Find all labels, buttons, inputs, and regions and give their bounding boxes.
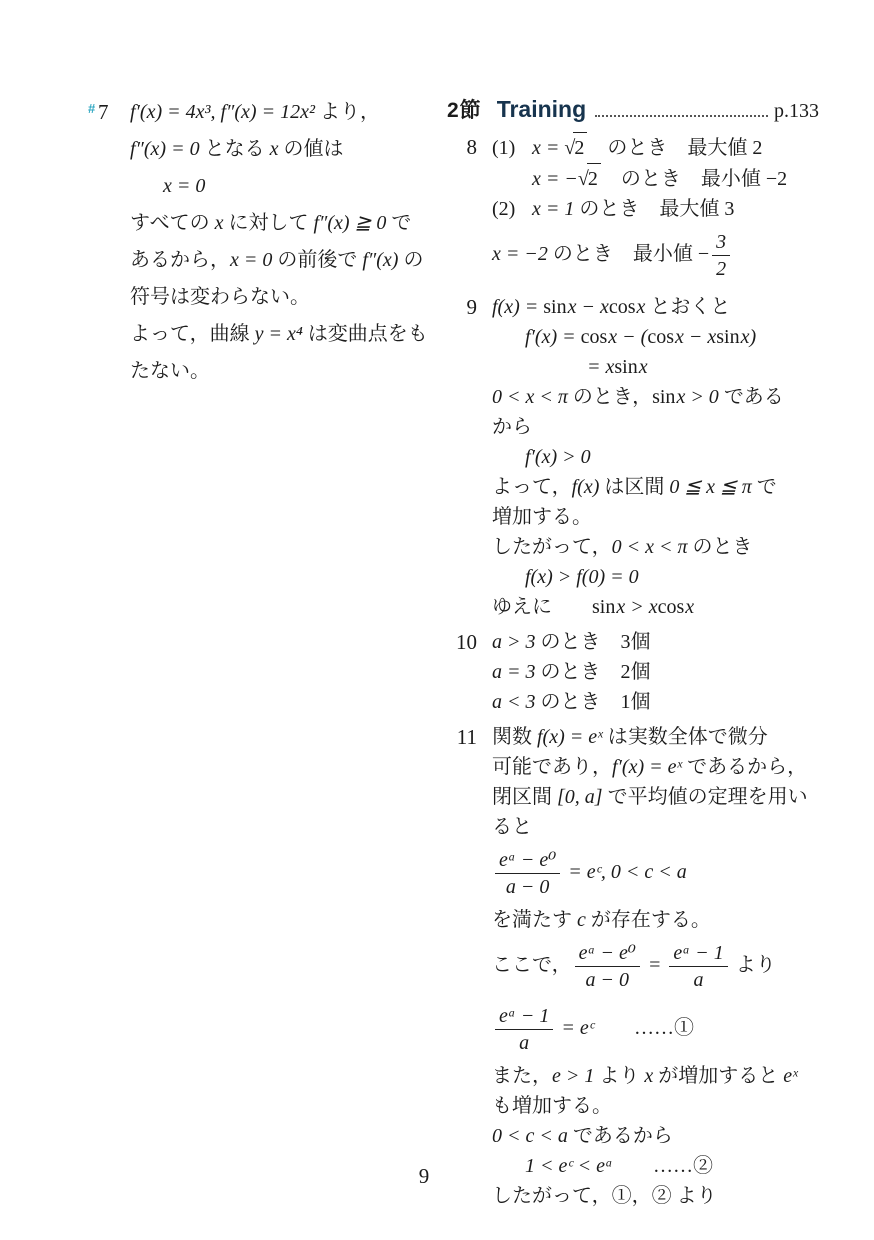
math-run: a < 3 xyxy=(492,691,536,713)
math-run: f(x) > f(0) = 0 xyxy=(525,566,639,588)
fraction-denominator: a − 0 xyxy=(575,967,640,992)
radicand: 2 xyxy=(573,132,587,163)
item-label: (2) xyxy=(492,194,532,224)
text-run: よって， xyxy=(492,476,572,498)
hash-marker-icon: # xyxy=(88,90,95,127)
solution-line: f′(x) > 0 xyxy=(492,442,819,472)
fraction-numerator: eᵃ − 1 xyxy=(669,941,727,967)
problem-body: f′(x) = 4x³, f″(x) = 12x² より，f″(x) = 0 と… xyxy=(130,94,440,390)
text-run: のとき 最大値 2 xyxy=(587,137,762,159)
solution-line: 増加する。 xyxy=(492,502,819,532)
math-run: x = 0 xyxy=(163,175,205,197)
fraction-numerator: eᵃ − e⁰ xyxy=(575,941,640,967)
section-label: 2節 xyxy=(447,94,482,124)
fraction-denominator: a xyxy=(495,1030,553,1055)
text-run: 符号は変わらない。 xyxy=(130,286,310,308)
problem-8: 8 (1)x = √2 のとき 最大値 2x = −√2 のとき 最小値 −2(… xyxy=(447,132,819,287)
problem-7: # 7 f′(x) = 4x³, f″(x) = 12x² より，f″(x) =… xyxy=(88,94,440,390)
left-column: # 7 f′(x) = 4x³, f″(x) = 12x² より，f″(x) =… xyxy=(88,94,440,395)
math-run: = xyxy=(643,954,667,976)
problem-body: 関数 f(x) = eˣ は実数全体で微分可能であり，f′(x) = eˣ であ… xyxy=(492,722,819,1211)
problem-9: 9 f(x) = sinx − xcosx とおくとf′(x) = cosx −… xyxy=(447,292,819,622)
math-run: cos xyxy=(647,326,675,348)
text-run: また， xyxy=(492,1065,552,1087)
fraction: eᵃ − e⁰a − 0 xyxy=(575,941,640,992)
text-run: のとき， xyxy=(568,386,652,408)
text-run: であるから xyxy=(568,1125,673,1147)
math-run: a = 3 xyxy=(492,661,536,683)
text-run: より xyxy=(731,954,776,976)
math-run: y = x⁴ xyxy=(255,323,303,345)
math-run: 0 < x < π xyxy=(492,386,568,408)
problem-10: 10 a > 3 のとき 3個a = 3 のとき 2個a < 3 のとき 1個 xyxy=(447,627,819,717)
math-run: 0 < x < π xyxy=(612,536,688,558)
solution-line: f′(x) = cosx − (cosx − xsinx) xyxy=(492,322,819,352)
text-run: となる xyxy=(200,138,270,160)
fraction-numerator: eᵃ − e⁰ xyxy=(495,848,560,874)
fraction-numerator: eᵃ − 1 xyxy=(495,1004,553,1030)
text-run: したがって， xyxy=(492,536,612,558)
square-root: √2 xyxy=(578,168,601,190)
text-run: 増加する。 xyxy=(492,506,592,528)
math-run: f″(x) ≧ 0 xyxy=(314,212,387,234)
text-run: より xyxy=(594,1065,644,1087)
text-run: のとき 3個 xyxy=(536,631,651,653)
fraction-denominator: a − 0 xyxy=(495,874,560,899)
fraction: eᵃ − e⁰a − 0 xyxy=(495,848,560,899)
math-run: a > 3 xyxy=(492,631,536,653)
math-run: x − x xyxy=(675,326,716,348)
math-run: f″(x) xyxy=(362,249,398,271)
solution-line: から xyxy=(492,412,819,442)
math-run: x = −2 xyxy=(492,243,548,265)
solution-line: x = −√2 のとき 最小値 −2 xyxy=(492,163,819,194)
page-number: 9 xyxy=(0,1164,848,1189)
math-run: x > x xyxy=(616,596,657,618)
problem-11: 11 関数 f(x) = eˣ は実数全体で微分可能であり，f′(x) = eˣ… xyxy=(447,722,819,1211)
solution-line: を満たす c が存在する。 xyxy=(492,905,819,935)
solution-line: x = −2 のとき 最小値 −32 xyxy=(492,224,819,287)
math-run: = eᶜ xyxy=(556,1017,594,1039)
problem-number: 10 xyxy=(447,627,492,657)
problem-number: 8 xyxy=(447,132,492,162)
solution-line: あるから，x = 0 の前後で f″(x) の xyxy=(130,242,440,279)
text-run: である xyxy=(719,386,784,408)
problem-number: 9 xyxy=(447,292,492,322)
solution-line: ゆえに sinx > xcosx xyxy=(492,592,819,622)
text-run: に対して xyxy=(224,212,314,234)
text-run: のとき 最小値 − xyxy=(548,243,709,265)
math-run: x = 1 xyxy=(532,198,574,220)
problem-number-text: 7 xyxy=(98,100,109,124)
text-run: あるから， xyxy=(130,249,230,271)
solution-line: a < 3 のとき 1個 xyxy=(492,687,819,717)
math-run: f′(x) > 0 xyxy=(525,446,591,468)
problem-body: a > 3 のとき 3個a = 3 のとき 2個a < 3 のとき 1個 xyxy=(492,627,819,717)
text-run: のとき xyxy=(688,536,753,558)
math-run: [0, a] xyxy=(557,786,603,808)
solution-line: x = 0 xyxy=(130,168,440,205)
text-run: は区間 xyxy=(599,476,669,498)
math-run: f″(x) = 0 xyxy=(130,138,200,160)
math-run: x xyxy=(685,596,694,618)
training-header: 2節 Training p.133 xyxy=(447,94,819,126)
math-run: f(x) xyxy=(572,476,600,498)
text-run: は実数全体で微分 xyxy=(603,726,768,748)
text-run: であるから， xyxy=(682,756,807,778)
solution-line: よって，f(x) は区間 0 ≦ x ≦ π で xyxy=(492,472,819,502)
text-run: で xyxy=(752,476,777,498)
math-run: sin xyxy=(652,386,676,408)
solution-line: eᵃ − e⁰a − 0 = eᶜ, 0 < c < a xyxy=(492,842,819,905)
solution-line: 0 < c < a であるから xyxy=(492,1121,819,1151)
solution-line: (1)x = √2 のとき 最大値 2 xyxy=(492,132,819,163)
fraction-numerator: 3 xyxy=(712,230,730,256)
solution-line: eᵃ − 1a = eᶜ ……① xyxy=(492,998,819,1061)
math-run: x − x xyxy=(568,296,609,318)
text-run: のとき 最小値 −2 xyxy=(601,168,787,190)
math-run: sin xyxy=(716,326,740,348)
math-run: f′(x) = eˣ xyxy=(612,756,682,778)
text-run: が増加すると xyxy=(653,1065,783,1087)
solution-line: すべての x に対して f″(x) ≧ 0 で xyxy=(130,205,440,242)
text-run: 閉区間 xyxy=(492,786,557,808)
math-run: e > 1 xyxy=(552,1065,594,1087)
fraction: eᵃ − 1a xyxy=(669,941,727,992)
math-run: x xyxy=(644,1065,653,1087)
solution-line: 閉区間 [0, a] で平均値の定理を用い xyxy=(492,782,819,812)
text-run: は変曲点をも xyxy=(303,323,428,345)
radicand: 2 xyxy=(587,163,601,194)
solution-line: f(x) > f(0) = 0 xyxy=(492,562,819,592)
math-run: f′(x) = 4x³, f″(x) = 12x² xyxy=(130,101,315,123)
text-run: ここで， xyxy=(492,954,572,976)
text-run: よって，曲線 xyxy=(130,323,255,345)
text-run: ……① xyxy=(594,1017,694,1039)
math-run: = eᶜ, 0 < c < a xyxy=(563,861,687,883)
text-run: 関数 xyxy=(492,726,537,748)
problem-number: # 7 xyxy=(88,94,130,131)
item-label: (1) xyxy=(492,133,532,163)
problem-body: (1)x = √2 のとき 最大値 2x = −√2 のとき 最小値 −2(2)… xyxy=(492,132,819,287)
text-run: のとき 2個 xyxy=(536,661,651,683)
math-run: x = 0 xyxy=(230,249,272,271)
math-run: x = xyxy=(532,137,564,159)
text-run: で xyxy=(386,212,411,234)
math-run: sin xyxy=(592,596,616,618)
math-run: 0 ≦ x ≦ π xyxy=(669,476,751,498)
solution-line: たない。 xyxy=(130,353,440,390)
math-run: x xyxy=(215,212,224,234)
text-run: から xyxy=(492,416,532,438)
solution-line: ると xyxy=(492,812,819,842)
math-run: f(x) = xyxy=(492,296,543,318)
solution-line: f(x) = sinx − xcosx とおくと xyxy=(492,292,819,322)
math-run: sin xyxy=(543,296,567,318)
math-run: cos xyxy=(581,326,609,348)
text-run: を満たす xyxy=(492,909,577,931)
fraction-denominator: a xyxy=(669,967,727,992)
math-run: 0 < c < a xyxy=(492,1125,568,1147)
solution-line: 符号は変わらない。 xyxy=(130,279,440,316)
math-run: = x xyxy=(587,356,614,378)
math-run: f(x) = eˣ xyxy=(537,726,603,748)
text-run: の値は xyxy=(278,138,343,160)
fraction: eᵃ − 1a xyxy=(495,1004,553,1055)
solution-line: 0 < x < π のとき，sinx > 0 である xyxy=(492,382,819,412)
math-run: x = − xyxy=(532,168,578,190)
text-run: のとき 1個 xyxy=(536,691,651,713)
text-run: も増加する。 xyxy=(492,1095,612,1117)
text-run: 可能であり， xyxy=(492,756,612,778)
solution-line: ここで，eᵃ − e⁰a − 0 = eᵃ − 1a より xyxy=(492,935,819,998)
text-run: で平均値の定理を用い xyxy=(603,786,808,808)
math-run: x − ( xyxy=(608,326,647,348)
text-run: が存在する。 xyxy=(586,909,711,931)
solution-line: したがって，0 < x < π のとき xyxy=(492,532,819,562)
text-run: より， xyxy=(315,101,380,123)
math-run: f′(x) = xyxy=(525,326,581,348)
solution-line: a = 3 のとき 2個 xyxy=(492,657,819,687)
math-run: x > 0 xyxy=(676,386,718,408)
problem-body: f(x) = sinx − xcosx とおくとf′(x) = cosx − (… xyxy=(492,292,819,622)
solution-line: (2)x = 1 のとき 最大値 3 xyxy=(492,194,819,224)
text-run: の前後で xyxy=(272,249,362,271)
square-root: √2 xyxy=(564,137,587,159)
training-title: Training xyxy=(497,96,586,123)
math-run: eˣ xyxy=(783,1065,798,1087)
problem-number: 11 xyxy=(447,722,492,752)
math-run: c xyxy=(577,909,586,931)
math-run: sin xyxy=(614,356,638,378)
solution-line: 関数 f(x) = eˣ は実数全体で微分 xyxy=(492,722,819,752)
math-run: cos xyxy=(658,596,686,618)
solution-line: f′(x) = 4x³, f″(x) = 12x² より， xyxy=(130,94,440,131)
solution-line: a > 3 のとき 3個 xyxy=(492,627,819,657)
solution-line: も増加する。 xyxy=(492,1091,819,1121)
text-run: の xyxy=(398,249,423,271)
text-run: たない。 xyxy=(130,360,210,382)
page-reference: p.133 xyxy=(774,100,819,123)
math-run: cos xyxy=(609,296,637,318)
text-run: とおくと xyxy=(645,296,730,318)
solution-line: f″(x) = 0 となる x の値は xyxy=(130,131,440,168)
fraction: 32 xyxy=(712,230,730,281)
right-column: 2節 Training p.133 8 (1)x = √2 のとき 最大値 2x… xyxy=(447,94,819,1216)
solution-line: 可能であり，f′(x) = eˣ であるから， xyxy=(492,752,819,782)
solution-line: よって，曲線 y = x⁴ は変曲点をも xyxy=(130,316,440,353)
fraction-denominator: 2 xyxy=(712,256,730,281)
text-run: ゆえに xyxy=(492,596,592,618)
text-run: すべての xyxy=(130,212,215,234)
dotted-leader xyxy=(595,114,768,117)
text-run: ると xyxy=(492,816,532,838)
math-run: x) xyxy=(741,326,757,348)
solution-line: = xsinx xyxy=(492,352,819,382)
math-run: x xyxy=(639,356,648,378)
solution-line: また，e > 1 より x が増加すると eˣ xyxy=(492,1061,819,1091)
text-run: のとき 最大値 3 xyxy=(574,198,734,220)
